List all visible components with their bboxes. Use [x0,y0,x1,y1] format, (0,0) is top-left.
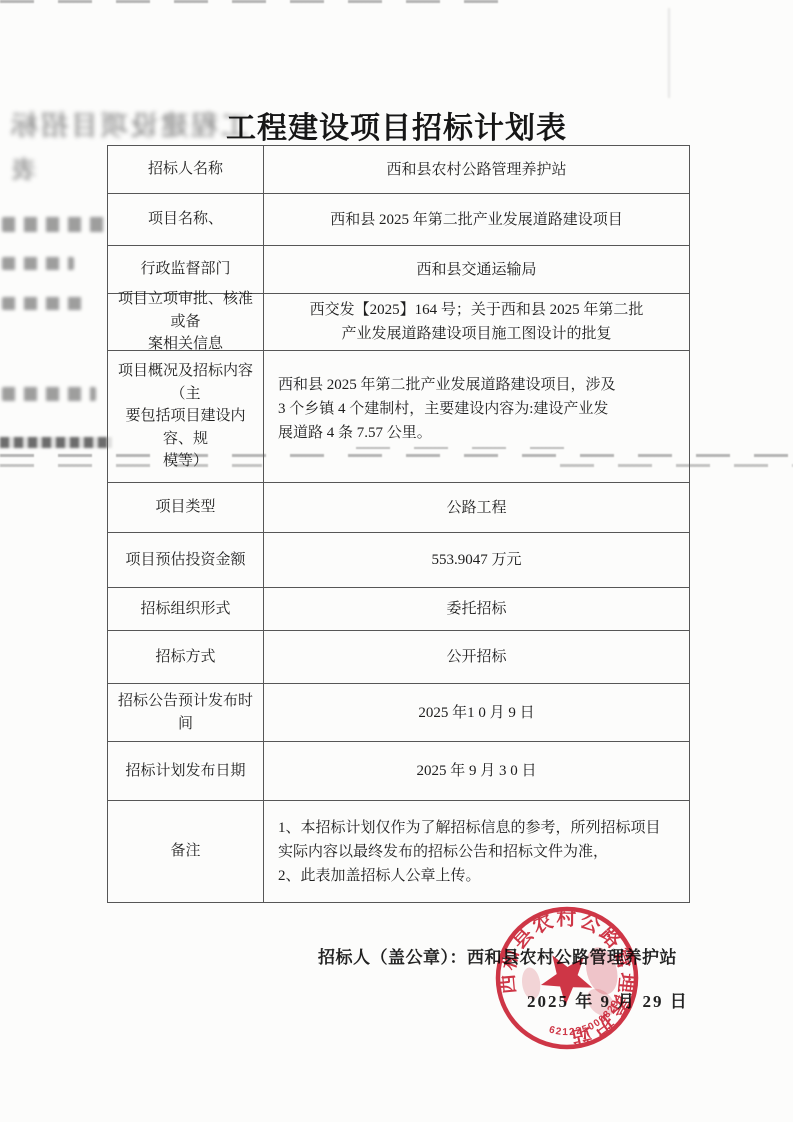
table-row: 项目名称、 西和县 2025 年第二批产业发展道路建设项目 [108,194,689,246]
bleed-through-smudge [2,387,96,401]
row-label: 备注 [108,801,264,902]
row-label: 项目预估投资金额 [108,533,264,587]
scan-artifact-top-line [0,0,520,3]
scanned-document-page: 工程建设项目招标 表 工程建设项目招标计划表 招标人名称 西和县农村公路管理养护… [0,0,793,1122]
row-value: 553.9047 万元 [264,533,689,587]
row-value: 西和县 2025 年第二批产业发展道路建设项目 [264,194,689,245]
bleed-through-smudge [2,257,74,270]
table-row: 项目预估投资金额 553.9047 万元 [108,533,689,588]
row-label: 项目概况及招标内容（主 要包括项目建设内容、规 模等） [108,351,264,482]
table-row: 招标方式 公开招标 [108,631,689,684]
scan-artifact-vertical-line [668,8,670,98]
page-title: 工程建设项目招标计划表 [0,103,793,147]
bleed-through-smudge [2,217,106,232]
bleed-through-text: 表 [2,150,36,180]
row-label: 招标组织形式 [108,588,264,630]
row-label: 项目名称、 [108,194,264,245]
row-value: 西和县农村公路管理养护站 [264,146,689,193]
row-label: 招标人名称 [108,146,264,193]
row-value: 西和县 2025 年第二批产业发展道路建设项目，涉及 3 个乡镇 4 个建制村，… [264,351,689,482]
row-value: 公开招标 [264,631,689,683]
row-value: 公路工程 [264,483,689,532]
table-row: 项目概况及招标内容（主 要包括项目建设内容、规 模等） 西和县 2025 年第二… [108,351,689,483]
row-value: 2025 年1 0 月 9 日 [264,684,689,741]
row-label: 行政监督部门 [108,246,264,293]
row-label: 项目类型 [108,483,264,532]
scan-artifact-smudge [0,437,112,448]
table-row: 招标公告预计发布时间 2025 年1 0 月 9 日 [108,684,689,742]
official-seal: 西和县农村公路管理养护站 6212250008294 [482,893,652,1063]
table-row: 招标计划发布日期 2025 年 9 月 3 0 日 [108,742,689,801]
row-label: 招标方式 [108,631,264,683]
table-row: 行政监督部门 西和县交通运输局 [108,246,689,294]
table-row: 项目类型 公路工程 [108,483,689,533]
row-value: 委托招标 [264,588,689,630]
table-row: 备注 1、本招标计划仅作为了解招标信息的参考，所列招标项目实际内容以最终发布的招… [108,801,689,903]
row-label: 招标计划发布日期 [108,742,264,800]
row-value: 1、本招标计划仅作为了解招标信息的参考，所列招标项目实际内容以最终发布的招标公告… [264,801,689,902]
bleed-through-smudge [2,297,88,310]
bidding-plan-table: 招标人名称 西和县农村公路管理养护站 项目名称、 西和县 2025 年第二批产业… [107,145,690,903]
row-value: 西和县交通运输局 [264,246,689,293]
table-row: 招标组织形式 委托招标 [108,588,689,631]
row-label: 项目立项审批、核准或备 案相关信息 [108,294,264,350]
table-row: 招标人名称 西和县农村公路管理养护站 [108,146,689,194]
row-value: 西交发【2025】164 号；关于西和县 2025 年第二批 产业发展道路建设项… [264,294,689,350]
row-label: 招标公告预计发布时间 [108,684,264,741]
table-row: 项目立项审批、核准或备 案相关信息 西交发【2025】164 号；关于西和县 2… [108,294,689,351]
row-value: 2025 年 9 月 3 0 日 [264,742,689,800]
seal-ink-smear [520,966,542,1000]
